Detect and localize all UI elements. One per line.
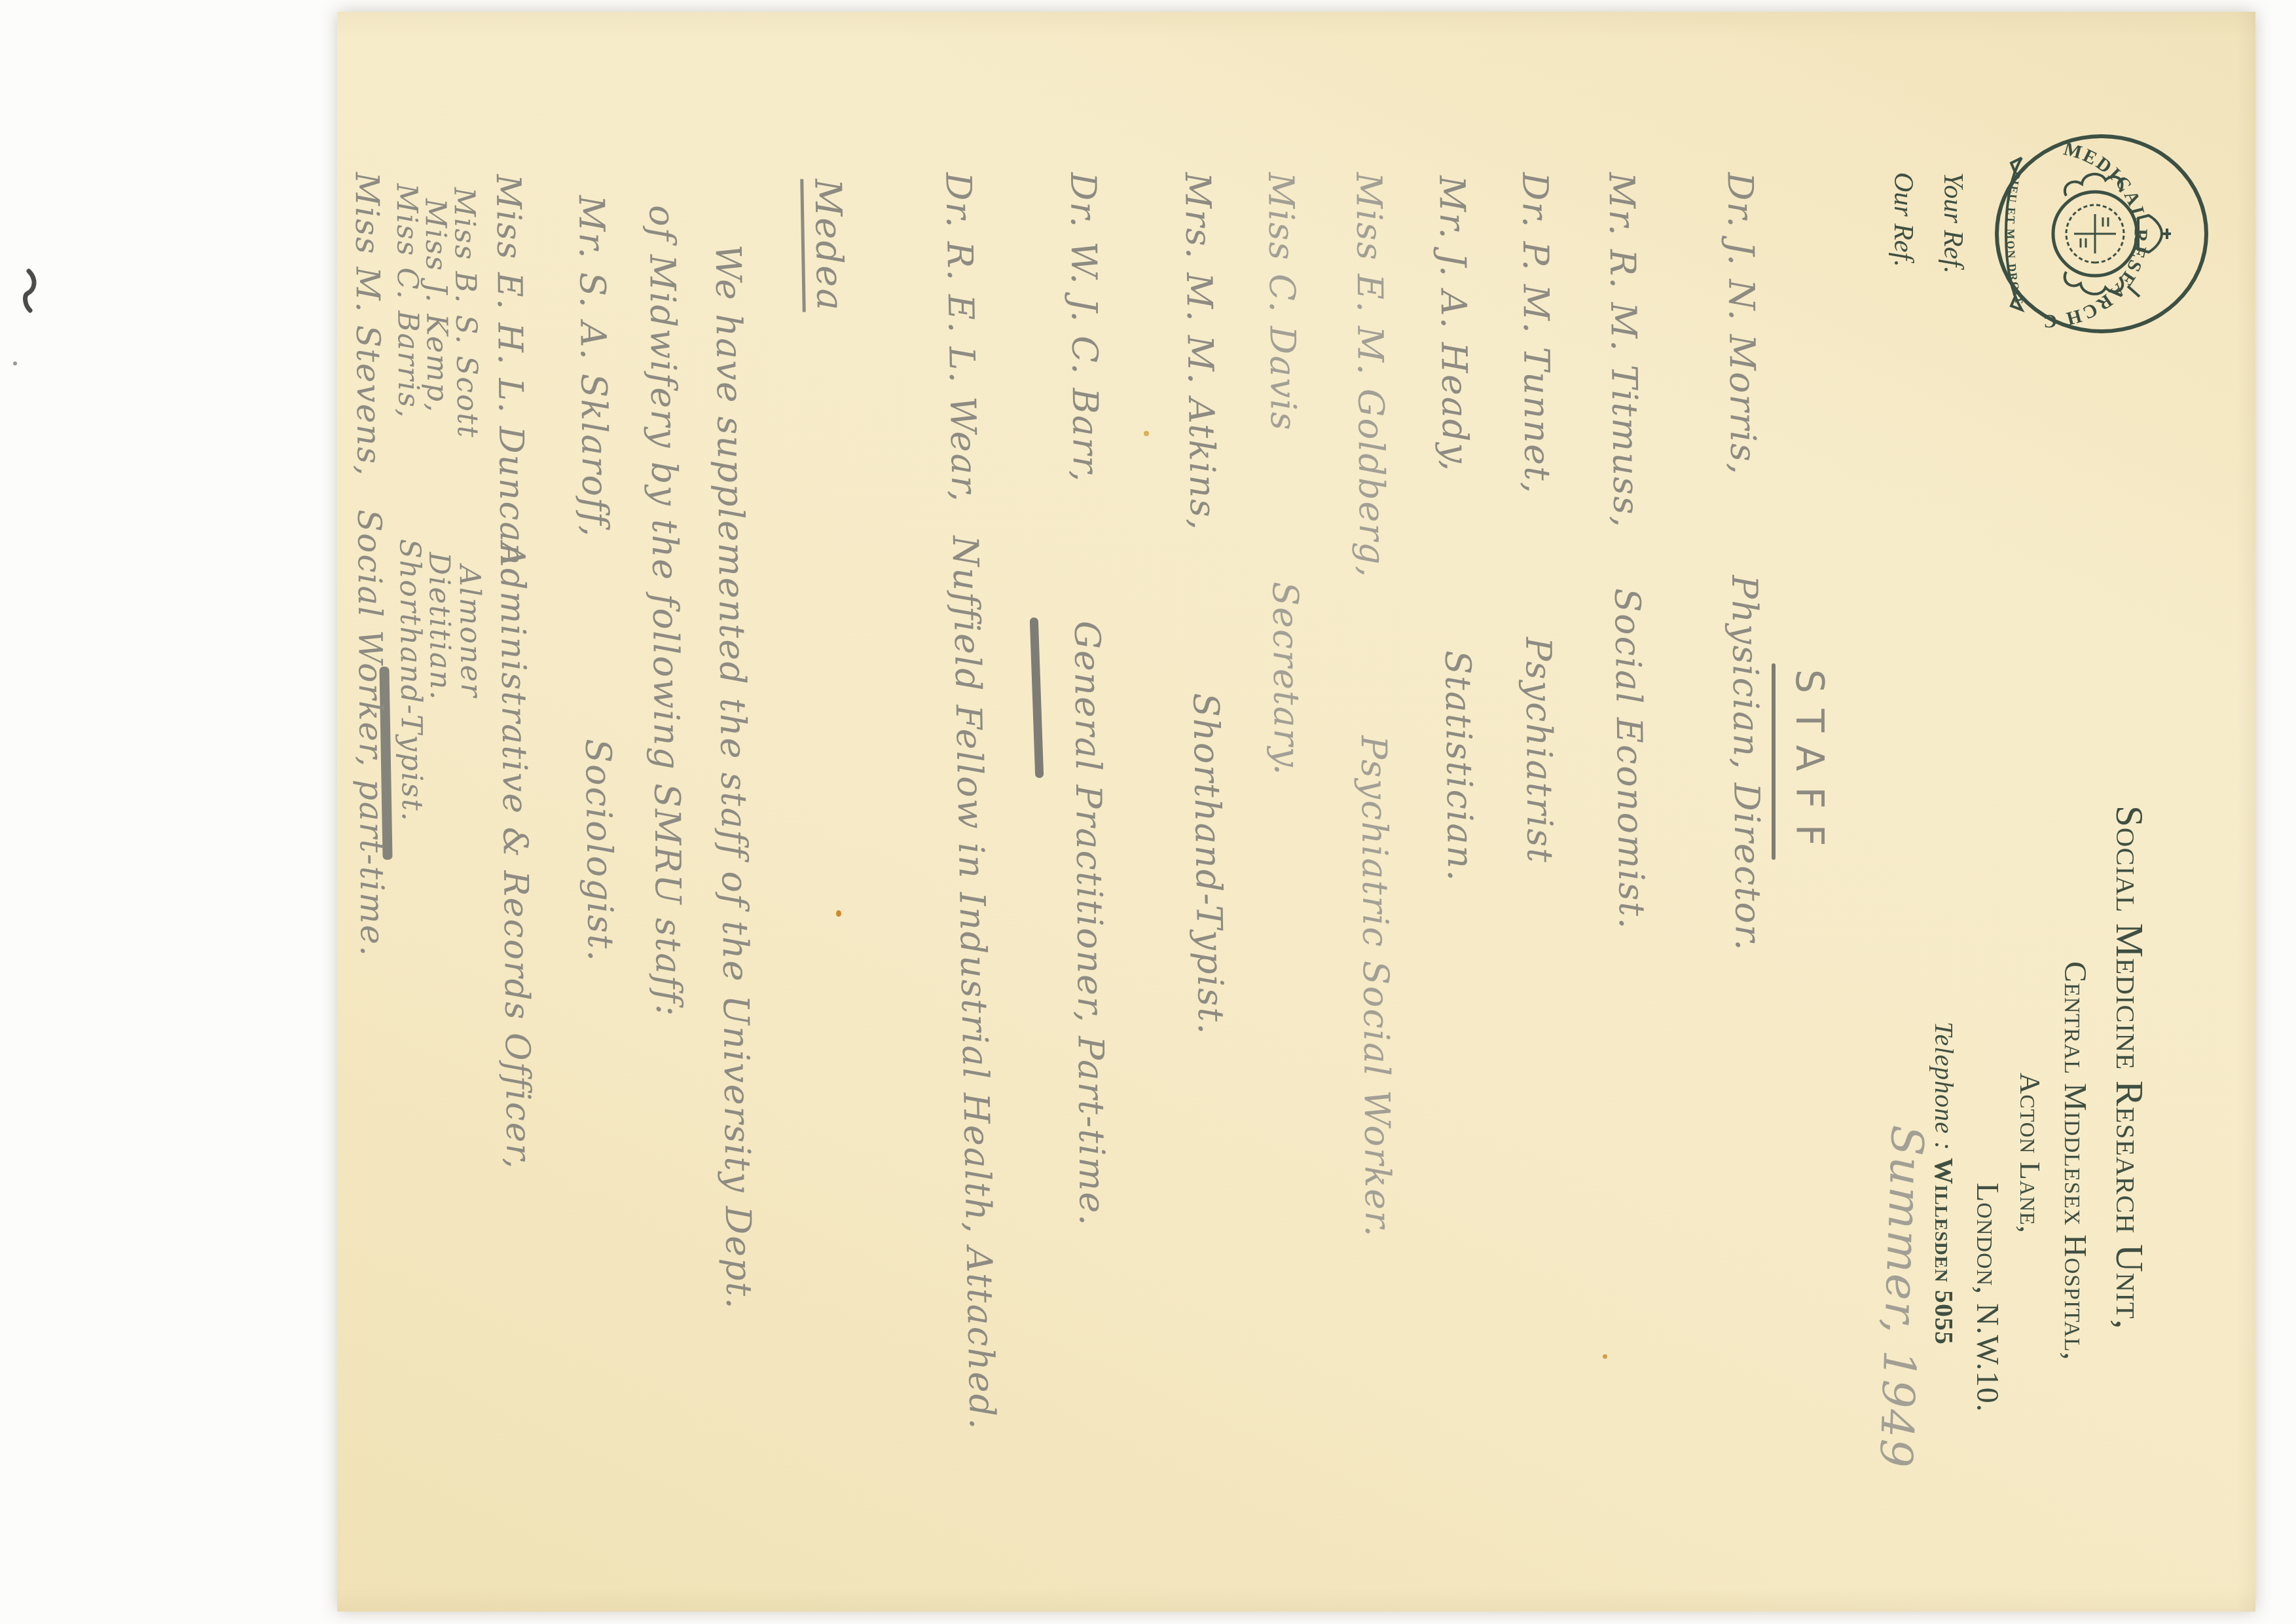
handwritten-date: Summer, 1949 (1872, 1124, 1929, 1469)
staff-row: Mrs. M. M. Atkins, Shorthand-Typist. (1180, 172, 1221, 532)
our-ref-label: Our Ref. (1887, 172, 1919, 267)
staff-name: Dr. P. M. Tunnet, (1514, 172, 1558, 494)
staff-title: Shorthand-Typist. (1188, 693, 1228, 1036)
staff-title: Social Worker, part-time. (353, 509, 389, 957)
letterhead-telephone: Telephone : Willesden 5055 (1929, 1022, 1959, 1345)
letter-paper: MEDICAL RESEARCH COUNCIL DIEU ET MON DRO… (337, 12, 2255, 1612)
paper-speck (836, 910, 841, 917)
telephone-number: Willesden 5055 (1929, 1158, 1959, 1345)
staff-heading: STAFF (1791, 669, 1829, 862)
staff-title: Physician, Director. (1726, 575, 1766, 952)
staff-heading-underline (1772, 663, 1776, 860)
staff-title: Psychiatrist (1520, 637, 1557, 864)
staff-name: Dr. W. J. C. Barr, (1063, 172, 1106, 483)
staff-row: Mr. J. A. Heady, Statistician. (1434, 175, 1473, 473)
letterhead-unit-name: Social Medicine Research Unit, (2107, 805, 2152, 1330)
staff-name: Mrs. M. M. Atkins, (1177, 172, 1224, 532)
letterhead-city: London, N.W.10. (1969, 1183, 2005, 1412)
staff-row: Dr. P. M. Tunnet, Psychiatrist (1517, 172, 1554, 494)
staff-title: Administrative & Records Officer, (495, 542, 536, 1170)
staff-row: Miss E. H. L. Duncan Administrative & Re… (491, 174, 529, 567)
paper-speck (1603, 1354, 1607, 1359)
staff-row: Miss B. S. Scott Almoner (449, 187, 481, 439)
staff-title: Secretary. (1267, 581, 1304, 777)
paper-speck (1144, 431, 1149, 436)
staff-title: Statistician. (1440, 650, 1478, 883)
mrc-seal: MEDICAL RESEARCH COUNCIL DIEU ET MON DRO… (1992, 132, 2212, 337)
paragraph-line-2: of Midwifery by the following SMRU staff… (644, 205, 687, 1018)
margin-note: Medea (800, 178, 848, 312)
seal-motto-text: DIEU ET MON DROIT (2004, 170, 2026, 307)
staff-name: Dr. R. E. L. Wear, (938, 172, 985, 503)
staff-name: Mr. R. M. Titmuss, (1601, 172, 1647, 529)
staff-title: Social Economist. (1609, 588, 1649, 931)
your-ref-label: Your Ref. (1937, 172, 1969, 274)
staff-name: Mr. J. A. Heady, (1431, 175, 1476, 473)
staff-row: Mr. S. A. Sklaroff, Sociologist. (574, 195, 613, 538)
staff-name: Miss C. Barris, (390, 183, 425, 419)
staff-row: Mr. R. M. Titmuss, Social Economist. (1603, 172, 1644, 528)
staff-row: Dr. R. E. L. Wear, Nuffield Fellow in In… (940, 172, 982, 504)
staff-row: Miss M. Stevens, Social Worker, part-tim… (350, 172, 385, 477)
staff-title: Nuffield Fellow in Industrial Health, At… (947, 535, 1000, 1430)
staff-title: Psychiatric Social Worker. (1356, 735, 1396, 1238)
staff-row: Miss C. Davis Secretary. (1263, 172, 1301, 432)
staff-row: Miss C. Barris, Shorthand-Typist. (392, 183, 422, 419)
background-speck (13, 361, 17, 365)
svg-text:DIEU ET MON DROIT: DIEU ET MON DROIT (2004, 170, 2026, 307)
letterhead-hospital: Central Middlesex Hospital, (2057, 961, 2093, 1361)
staff-name: Miss C. Davis (1260, 172, 1304, 432)
staff-row: Miss E. M. Goldberg, Psychiatric Social … (1351, 172, 1389, 579)
stray-ink-mark (20, 267, 46, 320)
telephone-label: Telephone : (1929, 1022, 1959, 1151)
staff-title: Dietitian. (424, 552, 454, 701)
paragraph-line-1: We have supplemented the staff of the Un… (710, 244, 756, 1310)
staff-title: Shorthand-Typist. (395, 539, 426, 822)
staff-name: Miss E. M. Goldberg, (1348, 172, 1393, 579)
letterhead-street: Acton Lane, (2013, 1073, 2047, 1234)
staff-name: Dr. J. N. Morris, (1720, 172, 1764, 476)
staff-title: Sociologist. (580, 739, 618, 963)
staff-name: Miss M. Stevens, (348, 172, 388, 477)
staff-row: Dr. J. N. Morris, Physician, Director. (1722, 172, 1761, 476)
staff-row: Dr. W. J. C. Barr, General Practitioner,… (1065, 172, 1103, 483)
section-dash (1030, 618, 1044, 778)
staff-title: General Practitioner, Part-time. (1069, 621, 1110, 1227)
staff-name: Mr. S. A. Sklaroff, (571, 195, 616, 538)
staff-name: Miss E. H. L. Duncan (488, 174, 532, 567)
staff-title: Almoner (454, 565, 485, 699)
scanned-letter-screenshot: { "letterhead": { "seal": { "ring_text":… (0, 0, 2296, 1624)
staff-row: Miss J. Kemp, Dietitian. (420, 198, 451, 414)
